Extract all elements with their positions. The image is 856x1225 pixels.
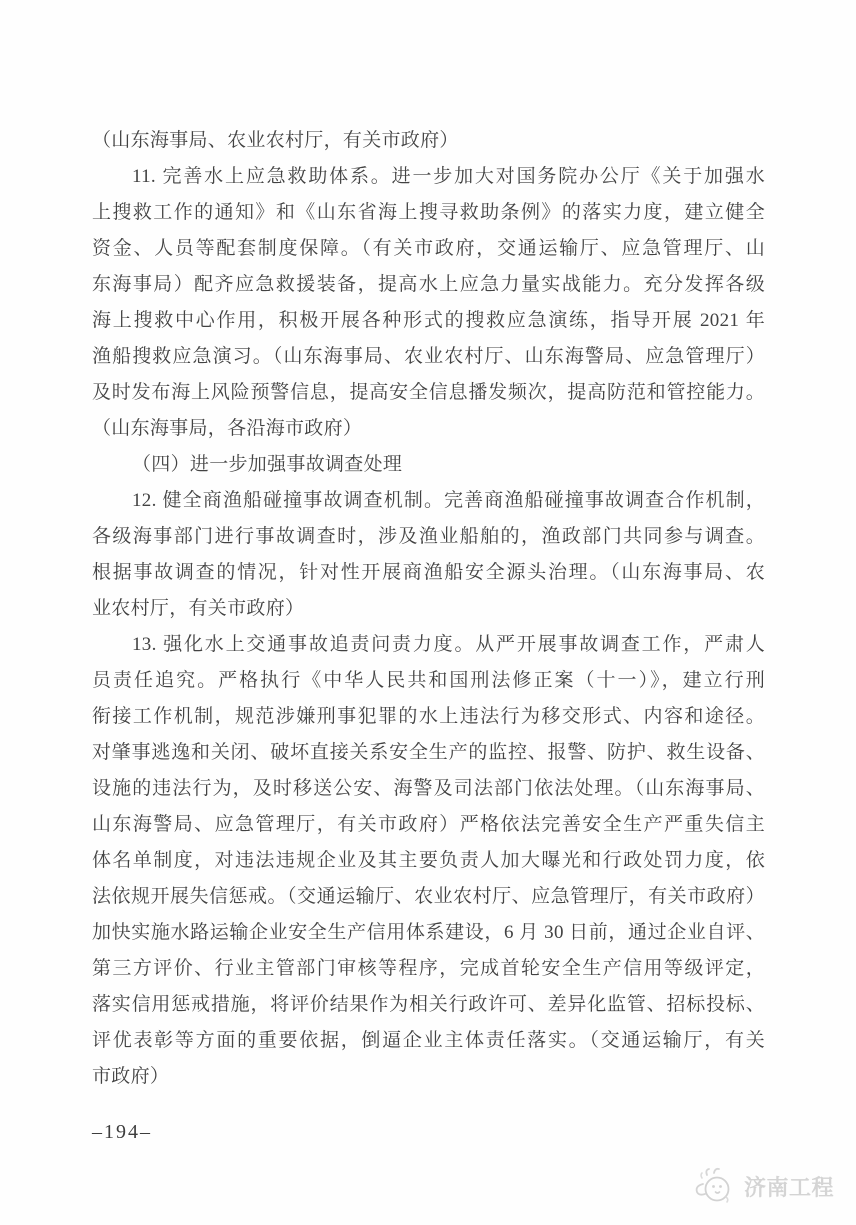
paragraph-line: 12. 健全商渔船碰撞事故调查机制。完善商渔船碰撞事故调查合作机制， [92, 483, 765, 519]
paragraph-line: 11. 完善水上应急救助体系。进一步加大对国务院办公厅《关于加强水 [92, 159, 765, 195]
paragraph-line: 山东海警局、应急管理厅，有关市政府）严格依法完善安全生产严重失信主 [92, 807, 765, 843]
watermark-text: 济南工程 [744, 1171, 834, 1202]
paragraph-line: 根据事故调查的情况，针对性开展商渔船安全源头治理。（山东海事局、农 [92, 555, 765, 591]
paragraph-line: 市政府） [92, 1059, 765, 1095]
paragraph-line: 资金、人员等配套制度保障。（有关市政府，交通运输厅、应急管理厅、山 [92, 231, 765, 267]
document-page: （山东海事局、农业农村厅，有关市政府）11. 完善水上应急救助体系。进一步加大对… [0, 0, 856, 1225]
paragraph-line: 设施的违法行为，及时移送公安、海警及司法部门依法处理。（山东海事局、 [92, 771, 765, 807]
document-body: （山东海事局、农业农村厅，有关市政府）11. 完善水上应急救助体系。进一步加大对… [92, 123, 765, 1095]
paragraph-line: 业农村厅，有关市政府） [92, 591, 765, 627]
paragraph-line: 海上搜救中心作用，积极开展各种形式的搜救应急演练，指导开展 2021 年 [92, 303, 765, 339]
page-number: –194– [92, 1121, 152, 1144]
paragraph-line: 渔船搜救应急演习。（山东海事局、农业农村厅、山东海警局、应急管理厅） [92, 339, 765, 375]
paragraph-line: 第三方评价、行业主管部门审核等程序，完成首轮安全生产信用等级评定， [92, 951, 765, 987]
paragraph-line: 员责任追究。严格执行《中华人民共和国刑法修正案（十一）》，建立行刑 [92, 663, 765, 699]
paragraph-line: 落实信用惩戒措施，将评价结果作为相关行政许可、差异化监管、招标投标、 [92, 987, 765, 1023]
paragraph-line: 加快实施水路运输企业安全生产信用体系建设，6 月 30 日前，通过企业自评、 [92, 915, 765, 951]
paragraph-line: 及时发布海上风险预警信息，提高安全信息播发频次，提高防范和管控能力。 [92, 375, 765, 411]
paragraph-line: 上搜救工作的通知》和《山东省海上搜寻救助条例》的落实力度，建立健全 [92, 195, 765, 231]
mascot-doodle-icon [693, 1166, 737, 1206]
watermark: 济南工程 [693, 1166, 834, 1206]
paragraph-line: 东海事局）配齐应急救援装备，提高水上应急力量实战能力。充分发挥各级 [92, 267, 765, 303]
paragraph-line: 13. 强化水上交通事故追责问责力度。从严开展事故调查工作，严肃人 [92, 627, 765, 663]
paragraph-line: 体名单制度，对违法违规企业及其主要负责人加大曝光和行政处罚力度，依 [92, 843, 765, 879]
paragraph-line: （山东海事局，各沿海市政府） [92, 411, 765, 447]
section-heading-line: （四）进一步加强事故调查处理 [92, 447, 765, 483]
paragraph-line: （山东海事局、农业农村厅，有关市政府） [92, 123, 765, 159]
paragraph-line: 法依规开展失信惩戒。（交通运输厅、农业农村厅、应急管理厅，有关市政府） [92, 879, 765, 915]
paragraph-line: 评优表彰等方面的重要依据，倒逼企业主体责任落实。（交通运输厅，有关 [92, 1023, 765, 1059]
paragraph-line: 对肇事逃逸和关闭、破坏直接关系安全生产的监控、报警、防护、救生设备、 [92, 735, 765, 771]
paragraph-line: 衔接工作机制，规范涉嫌刑事犯罪的水上违法行为移交形式、内容和途径。 [92, 699, 765, 735]
paragraph-line: 各级海事部门进行事故调查时，涉及渔业船舶的，渔政部门共同参与调查。 [92, 519, 765, 555]
